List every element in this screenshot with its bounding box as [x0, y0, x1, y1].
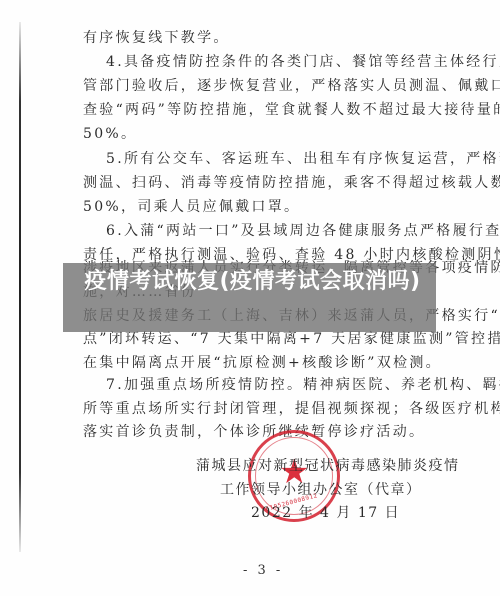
doc-line: 50%。 [83, 123, 137, 143]
page-binding-edge [19, 22, 21, 552]
doc-line: 在集中隔离点开展“抗原检测+核酸诊断”双检测。 [83, 352, 442, 372]
doc-line: 查验“两码”等防控措施，堂食就餐人数不超过最大接待量的 [83, 99, 500, 119]
signature-org-line2: 工作领导小组办公室（代章） [220, 479, 422, 499]
doc-line: 5.所有公交车、客运班车、出租车有序恢复运营，严格落实 [106, 148, 500, 168]
doc-line: 50%，司乘人员应佩戴口罩。 [83, 196, 300, 216]
doc-line: 所等重点场所实行封闭管理，提倡视频探视；各级医疗机构严格 [83, 398, 500, 418]
doc-line: 管部门验收后，逐步恢复营业，严格落实人员测温、佩戴口罩、 [83, 75, 500, 95]
doc-line: 6.入蒲“两站一口”及县域周边各健康服务点严格履行查验 [106, 220, 500, 240]
doc-line: 有序恢复线下教学。 [83, 27, 230, 47]
signature-date: 2022 年 4 月 17 日 [251, 502, 400, 522]
signature-org-line1: 蒲城县应对新型冠状病毒感染肺炎疫情 [196, 455, 460, 475]
doc-line: 4.具备疫情防控条件的各类门店、餐馆等经营主体经行业主 [106, 51, 500, 71]
doc-line: 7.加强重点场所疫情防控。精神病医院、养老机构、羁押场 [106, 374, 500, 394]
doc-line: 测温、扫码、消毒等疫情防控措施，乘客不得超过核载人数的 [83, 172, 500, 192]
title-overlay-banner: 疫情考试恢复(疫情考试会取消吗) [63, 263, 436, 332]
doc-line: 落实首诊负责制，个体诊所继续暂停诊疗活动。 [83, 421, 425, 441]
overlay-title: 疫情考试恢复(疫情考试会取消吗) [73, 267, 432, 297]
page-number: - 3 - [243, 563, 283, 578]
